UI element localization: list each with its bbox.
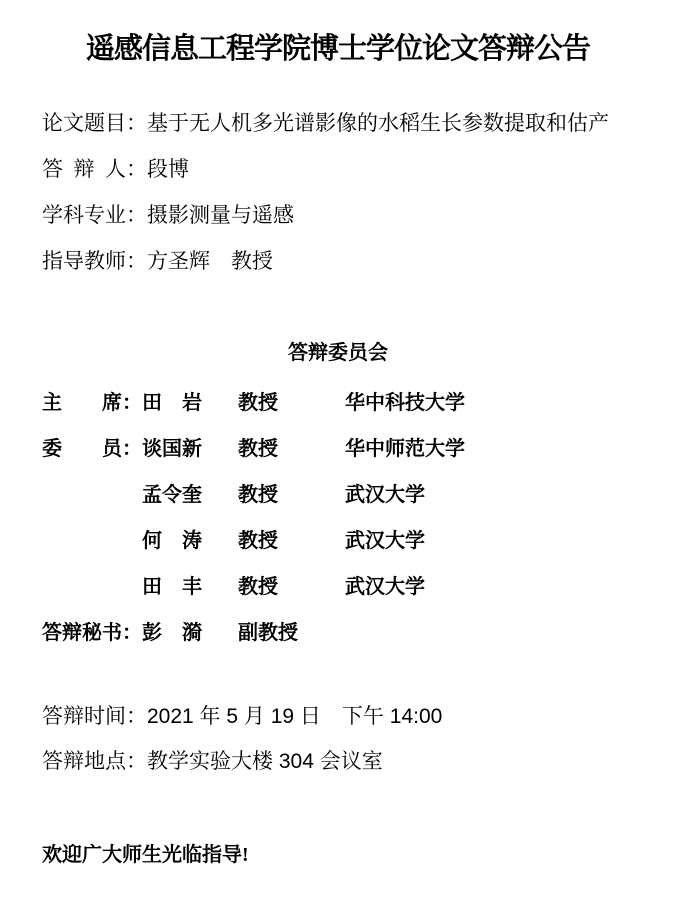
thesis-title-line: 论文题目：基于无人机多光谱影像的水稻生长参数提取和估产: [42, 112, 609, 136]
committee-member-title: 教授: [238, 574, 345, 600]
info-section: 论文题目：基于无人机多光谱影像的水稻生长参数提取和估产 答 辩 人：段博 学科专…: [42, 112, 609, 296]
committee-member-name: 彭 漪: [142, 620, 238, 646]
defense-time-line: 答辩时间：2021 年 5 月 19 日 下午 14:00: [42, 704, 442, 730]
committee-role-label: 主 席：: [42, 390, 142, 416]
defense-time-value: 2021 年 5 月 19 日 下午 14:00: [147, 705, 442, 728]
committee-member-title: 教授: [238, 482, 345, 508]
committee-member-title: 教授: [238, 436, 345, 462]
committee-heading: 答辩委员会: [0, 336, 676, 365]
defense-location-line: 答辩地点：教学实验大楼 304 会议室: [42, 749, 442, 775]
major-line: 学科专业：摄影测量与遥感: [42, 204, 609, 228]
committee-role-label: 答辩秘书：: [42, 620, 142, 646]
committee-member-name: 田 丰: [142, 574, 238, 600]
defense-location-value: 教学实验大楼 304 会议室: [147, 750, 383, 773]
committee-row-member: 委 员：谈国新教授华中师范大学: [42, 436, 465, 462]
committee-member-name: 何 涛: [142, 528, 238, 554]
defense-time-label: 答辩时间：: [42, 705, 147, 728]
committee-member-title: 副教授: [238, 620, 345, 646]
committee-row-member: 孟令奎教授武汉大学: [42, 482, 465, 508]
candidate-value: 段博: [147, 158, 189, 181]
committee-member-affiliation: 武汉大学: [345, 528, 425, 554]
committee-member-affiliation: 华中师范大学: [345, 436, 465, 462]
committee-member-affiliation: 武汉大学: [345, 482, 425, 508]
thesis-title-label: 论文题目：: [42, 112, 147, 135]
committee-role-label: 委 员：: [42, 436, 142, 462]
committee-member-affiliation: 华中科技大学: [345, 390, 465, 416]
advisor-line: 指导教师：方圣辉 教授: [42, 250, 609, 274]
committee-member-name: 孟令奎: [142, 482, 238, 508]
committee-role-label: [42, 528, 142, 554]
committee-row-chair: 主 席：田 岩教授华中科技大学: [42, 390, 465, 416]
committee-section: 主 席：田 岩教授华中科技大学 委 员：谈国新教授华中师范大学 孟令奎教授武汉大…: [42, 390, 465, 666]
defense-announcement-page: 遥感信息工程学院博士学位论文答辩公告 论文题目：基于无人机多光谱影像的水稻生长参…: [0, 0, 676, 897]
page-title: 遥感信息工程学院博士学位论文答辩公告: [0, 26, 676, 67]
schedule-section: 答辩时间：2021 年 5 月 19 日 下午 14:00 答辩地点：教学实验大…: [42, 704, 442, 794]
defense-location-label: 答辩地点：: [42, 750, 147, 773]
thesis-title-value: 基于无人机多光谱影像的水稻生长参数提取和估产: [147, 112, 609, 135]
committee-member-affiliation: 武汉大学: [345, 574, 425, 600]
candidate-line: 答 辩 人：段博: [42, 158, 609, 182]
major-value: 摄影测量与遥感: [147, 204, 294, 227]
committee-role-label: [42, 574, 142, 600]
committee-role-label: [42, 482, 142, 508]
major-label: 学科专业：: [42, 204, 147, 227]
advisor-label: 指导教师：: [42, 250, 147, 273]
committee-member-name: 田 岩: [142, 390, 238, 416]
committee-member-title: 教授: [238, 528, 345, 554]
advisor-value: 方圣辉 教授: [147, 250, 273, 273]
committee-row-member: 何 涛教授武汉大学: [42, 528, 465, 554]
committee-member-name: 谈国新: [142, 436, 238, 462]
welcome-message: 欢迎广大师生光临指导!: [42, 838, 249, 867]
committee-row-member: 田 丰教授武汉大学: [42, 574, 465, 600]
candidate-label: 答 辩 人：: [42, 158, 147, 181]
committee-member-title: 教授: [238, 390, 345, 416]
committee-row-secretary: 答辩秘书：彭 漪副教授: [42, 620, 465, 646]
